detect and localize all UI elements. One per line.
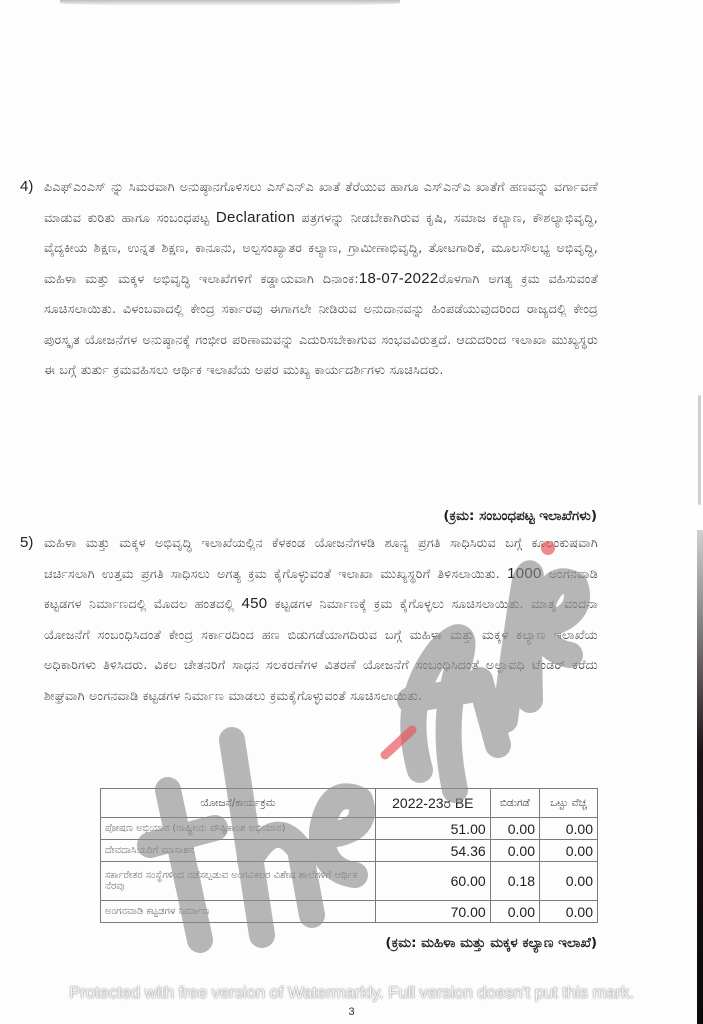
- item-body: ಪಿಎಫ್‌ಎಂಎಸ್ ನ್ನು ಸಿಮರವಾಗಿ ಅನುಷ್ಠಾನಗೊಳಿಸಲ…: [38, 172, 598, 386]
- expenditure-value: 0.00: [539, 818, 597, 840]
- scheme-name: ದೇವದಾಸಿಯರಿಗೆ ಮಾಸಾಶನ: [101, 840, 376, 862]
- scheme-name: ಅಂಗನವಾಡಿ ಕಟ್ಟಡಗಳ ನಿರ್ಮಾಣ: [101, 901, 376, 923]
- scheme-name: ಸರ್ಕಾರೇತರ ಸಂಸ್ಥೆಗಳಿಂದ ನಡೆಸಲ್ಪಡುವ ಅಂಗವಿಕಲ…: [101, 862, 376, 901]
- be-value: 51.00: [376, 818, 491, 840]
- table-header-row: ಯೋಜನೆ/ಕಾರ್ಯಕ್ರಮ 2022-23ರ BE ಬಿಡುಗಡೆ ಒಟ್ಟ…: [101, 789, 598, 818]
- agenda-item-5: 5) ಮಹಿಳಾ ಮತ್ತು ಮಕ್ಕಳ ಅಭಿವೃದ್ಧಿ ಇಲಾಖೆಯಲ್ಲ…: [38, 528, 598, 711]
- anganwadi-count: 1000: [507, 565, 542, 582]
- page-right-edge-upper: [698, 395, 701, 505]
- release-value: 0.18: [490, 862, 539, 901]
- table-row: ಪೋಷಣ ಅಭಿಯಾನ (ರಾಷ್ಟ್ರೀಯ ಪೌಷ್ಟಿಕಾಂಶ ಅಭಿಯಾನ…: [101, 818, 598, 840]
- release-value: 0.00: [490, 818, 539, 840]
- header-release: ಬಿಡುಗಡೆ: [490, 789, 539, 818]
- header-expenditure: ಒಟ್ಟು ವೆಚ್ಚ: [539, 789, 597, 818]
- table-row: ಸರ್ಕಾರೇತರ ಸಂಸ್ಥೆಗಳಿಂದ ನಡೆಸಲ್ಪಡುವ ಅಂಗವಿಕಲ…: [101, 862, 598, 901]
- table-row: ಅಂಗನವಾಡಿ ಕಟ್ಟಡಗಳ ನಿರ್ಮಾಣ 70.00 0.00 0.00: [101, 901, 598, 923]
- item-number: 4): [20, 172, 33, 203]
- page-number: 3: [0, 1006, 703, 1018]
- agenda-item-4: 4) ಪಿಎಫ್‌ಎಂಎಸ್ ನ್ನು ಸಿಮರವಾಗಿ ಅನುಷ್ಠಾನಗೊಳ…: [38, 172, 598, 386]
- release-value: 0.00: [490, 840, 539, 862]
- item-text-after: ರೊಳಗಾಗಿ ಅಗತ್ಯ ಕ್ರಮ ವಹಿಸುವಂತೆ ಸೂಚಿಸಲಾಯಿತು…: [44, 271, 598, 378]
- release-value: 0.00: [490, 901, 539, 923]
- declaration-word: Declaration: [216, 209, 295, 226]
- header-be: 2022-23ರ BE: [376, 789, 491, 818]
- action-note-item-5: (ಕ್ರಮ: ಮಹಿಳಾ ಮತ್ತು ಮಕ್ಕಳ ಕಲ್ಯಾಣ ಇಲಾಖೆ): [385, 935, 597, 951]
- deadline-date: 18-07-2022: [359, 270, 439, 287]
- page-right-edge-shadow: [697, 530, 703, 1024]
- page-top-edge-shadow: [60, 0, 400, 6]
- item-number: 5): [20, 528, 33, 559]
- scheme-name: ಪೋಷಣ ಅಭಿಯಾನ (ರಾಷ್ಟ್ರೀಯ ಪೌಷ್ಟಿಕಾಂಶ ಅಭಿಯಾನ…: [101, 818, 376, 840]
- item-text-part3: ಕಟ್ಟಡಗಳ ನಿರ್ಮಾಣಕ್ಕೆ ಕ್ರಮ ಕೈಗೊಳ್ಳಲು ಸೂಚಿಸ…: [44, 596, 598, 703]
- be-value: 60.00: [376, 862, 491, 901]
- be-value: 54.36: [376, 840, 491, 862]
- first-phase-count: 450: [242, 595, 268, 612]
- expenditure-value: 0.00: [539, 862, 597, 901]
- item-body: ಮಹಿಳಾ ಮತ್ತು ಮಕ್ಕಳ ಅಭಿವೃದ್ಧಿ ಇಲಾಖೆಯಲ್ಲಿನ …: [38, 528, 598, 711]
- action-note-item-4: (ಕ್ರಮ: ಸಂಬಂಧಪಟ್ಟ ಇಲಾಖೆಗಳು): [443, 508, 597, 524]
- be-value: 70.00: [376, 901, 491, 923]
- expenditure-value: 0.00: [539, 901, 597, 923]
- table-row: ದೇವದಾಸಿಯರಿಗೆ ಮಾಸಾಶನ 54.36 0.00 0.00: [101, 840, 598, 862]
- budget-table: ಯೋಜನೆ/ಕಾರ್ಯಕ್ರಮ 2022-23ರ BE ಬಿಡುಗಡೆ ಒಟ್ಟ…: [100, 788, 598, 923]
- header-scheme: ಯೋಜನೆ/ಕಾರ್ಯಕ್ರಮ: [101, 789, 376, 818]
- watermarkly-footer-watermark: Protected with free version of Watermark…: [0, 983, 703, 1003]
- expenditure-value: 0.00: [539, 840, 597, 862]
